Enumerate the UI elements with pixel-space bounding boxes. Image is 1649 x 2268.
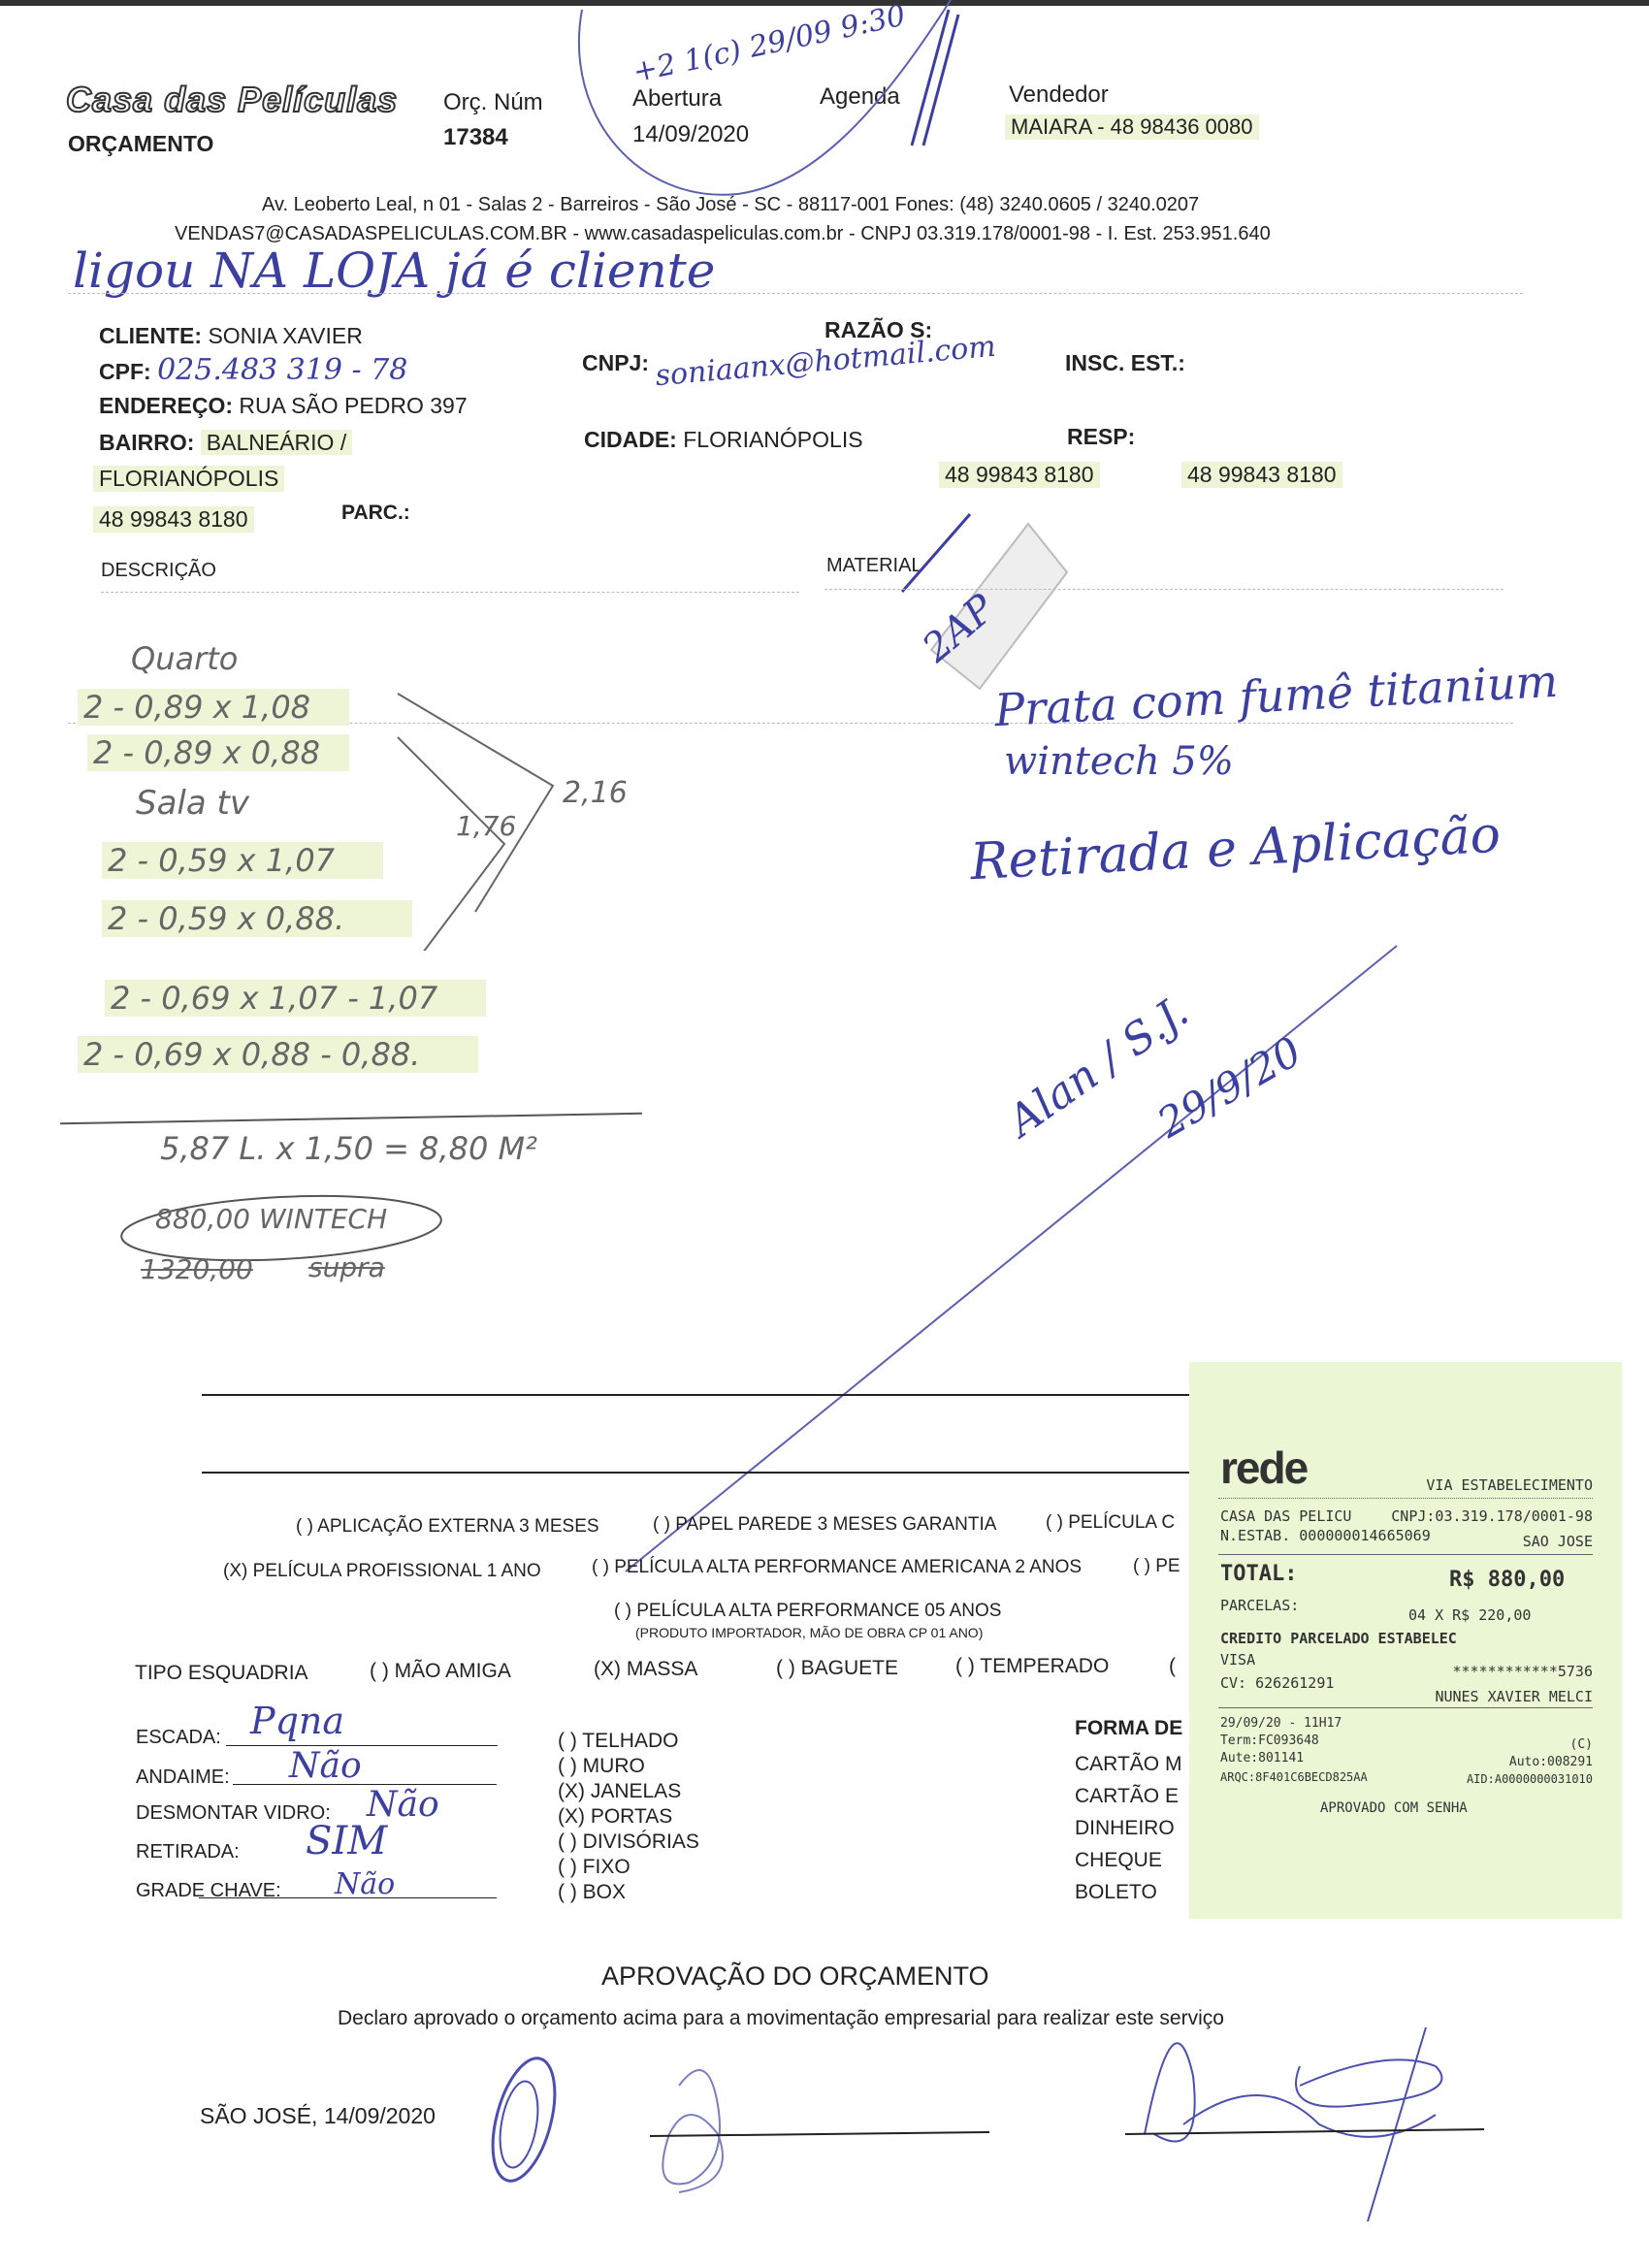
- retirada-value[interactable]: SIM: [306, 1819, 387, 1863]
- esquadria-mao-amiga[interactable]: ( ) MÃO AMIGA: [370, 1660, 511, 1683]
- escada-value[interactable]: Pqna: [250, 1700, 344, 1742]
- esquadria-temperado[interactable]: ( ) TEMPERADO: [955, 1655, 1109, 1678]
- local-box[interactable]: ( ) BOX: [558, 1880, 699, 1905]
- receipt-separator: [1218, 1554, 1593, 1555]
- receipt-via: VIA ESTABELECIMENTO: [1426, 1476, 1593, 1494]
- receipt-status: APROVADO COM SENHA: [1320, 1800, 1468, 1816]
- option-alta-performance-note: (PRODUTO IMPORTADOR, MÃO DE OBRA CP 01 A…: [635, 1625, 983, 1640]
- approval-title: APROVAÇÃO DO ORÇAMENTO: [601, 1961, 989, 1992]
- locais-list: ( ) TELHADO ( ) MURO (X) JANELAS (X) POR…: [558, 1729, 699, 1905]
- desmontar-label: DESMONTAR VIDRO:: [136, 1802, 331, 1825]
- receipt-total-label: TOTAL:: [1220, 1562, 1297, 1586]
- pagamento-boleto[interactable]: BOLETO: [1075, 1876, 1181, 1908]
- receipt-aute: Aute:801141: [1220, 1751, 1304, 1766]
- receipt-merchant: CASA DAS PELICU: [1220, 1507, 1351, 1525]
- esquadria-baguete[interactable]: ( ) BAGUETE: [776, 1657, 898, 1680]
- receipt-total-value: R$ 880,00: [1449, 1568, 1565, 1592]
- pagamento-list: CARTÃO M CARTÃO E DINHEIRO CHEQUE BOLETO: [1075, 1748, 1181, 1908]
- option-alta-performance-americana[interactable]: ( ) PELÍCULA ALTA PERFORMANCE AMERICANA …: [592, 1557, 1082, 1578]
- escada-label: ESCADA:: [136, 1727, 221, 1749]
- receipt-estab: N.ESTAB. 000000014665069: [1220, 1527, 1431, 1544]
- option-papel-parede[interactable]: ( ) PAPEL PAREDE 3 MESES GARANTIA: [653, 1514, 996, 1536]
- receipt-datetime: 29/09/20 - 11H17: [1220, 1716, 1342, 1731]
- receipt-separator: [1218, 1707, 1593, 1708]
- local-portas[interactable]: (X) PORTAS: [558, 1804, 699, 1830]
- receipt-holder: NUNES XAVIER MELCI: [1435, 1688, 1593, 1705]
- pagamento-cheque[interactable]: CHEQUE: [1075, 1844, 1181, 1876]
- option-pelicula-c[interactable]: ( ) PELÍCULA C: [1046, 1512, 1175, 1534]
- option-aplicacao-externa[interactable]: ( ) APLICAÇÃO EXTERNA 3 MESES: [296, 1516, 599, 1538]
- retirada-label: RETIRADA:: [136, 1841, 240, 1863]
- card-receipt: rede VIA ESTABELECIMENTO CASA DAS PELICU…: [1189, 1362, 1622, 1919]
- esquadria-other[interactable]: (: [1169, 1655, 1176, 1678]
- pagamento-dinheiro[interactable]: DINHEIRO: [1075, 1812, 1181, 1844]
- option-alta-performance-05[interactable]: ( ) PELÍCULA ALTA PERFORMANCE 05 ANOS: [614, 1601, 1001, 1622]
- receipt-arqc: ARQC:8F401C6BECD825AA: [1220, 1770, 1368, 1784]
- pagamento-cartao-m[interactable]: CARTÃO M: [1075, 1748, 1181, 1780]
- local-janelas[interactable]: (X) JANELAS: [558, 1779, 699, 1804]
- receipt-type: CREDITO PARCELADO ESTABELEC: [1220, 1630, 1457, 1647]
- local-divisorias[interactable]: ( ) DIVISÓRIAS: [558, 1830, 699, 1855]
- grade-chave-label: GRADE CHAVE:: [136, 1880, 281, 1902]
- pagamento-cartao-e[interactable]: CARTÃO E: [1075, 1780, 1181, 1812]
- local-muro[interactable]: ( ) MURO: [558, 1754, 699, 1779]
- receipt-cv: CV: 626261291: [1220, 1674, 1334, 1692]
- esquadria-massa[interactable]: (X) MASSA: [594, 1658, 697, 1681]
- receipt-c-mark: (C): [1570, 1737, 1593, 1752]
- local-fixo[interactable]: ( ) FIXO: [558, 1855, 699, 1880]
- receipt-separator: [1218, 1498, 1593, 1499]
- diagonal-strike-drawing: [0, 0, 1649, 2268]
- option-pelicula-profissional[interactable]: (X) PELÍCULA PROFISSIONAL 1 ANO: [223, 1561, 541, 1582]
- rede-logo: rede: [1220, 1442, 1307, 1494]
- grade-chave-value[interactable]: Não: [335, 1867, 395, 1901]
- pagamento-label: FORMA DE: [1075, 1717, 1182, 1740]
- blank-line: [202, 1472, 1191, 1474]
- andaime-line: [233, 1784, 497, 1785]
- blank-line: [202, 1394, 1191, 1396]
- receipt-aid: AID:A0000000031010: [1467, 1772, 1593, 1786]
- andaime-value[interactable]: Não: [289, 1746, 362, 1786]
- approval-place-date: SÃO JOSÉ, 14/09/2020: [200, 2103, 436, 2129]
- receipt-card-brand: VISA: [1220, 1651, 1255, 1669]
- receipt-parcelas-label: PARCELAS:: [1220, 1597, 1299, 1614]
- receipt-term: Term:FC093648: [1220, 1733, 1319, 1748]
- receipt-auto: Auto:008291: [1509, 1755, 1593, 1769]
- receipt-cnpj: CNPJ:03.319.178/0001-98: [1391, 1507, 1593, 1525]
- escada-line: [226, 1745, 498, 1746]
- option-pe[interactable]: ( ) PE: [1133, 1556, 1180, 1577]
- signatures-drawing: [466, 2027, 1533, 2268]
- local-telhado[interactable]: ( ) TELHADO: [558, 1729, 699, 1754]
- receipt-card-number: ************5736: [1453, 1663, 1594, 1680]
- esquadria-label: TIPO ESQUADRIA: [135, 1662, 308, 1685]
- receipt-parcelas-value: 04 X R$ 220,00: [1408, 1606, 1531, 1624]
- receipt-city: SAO JOSE: [1523, 1533, 1593, 1550]
- andaime-label: ANDAIME:: [136, 1766, 230, 1789]
